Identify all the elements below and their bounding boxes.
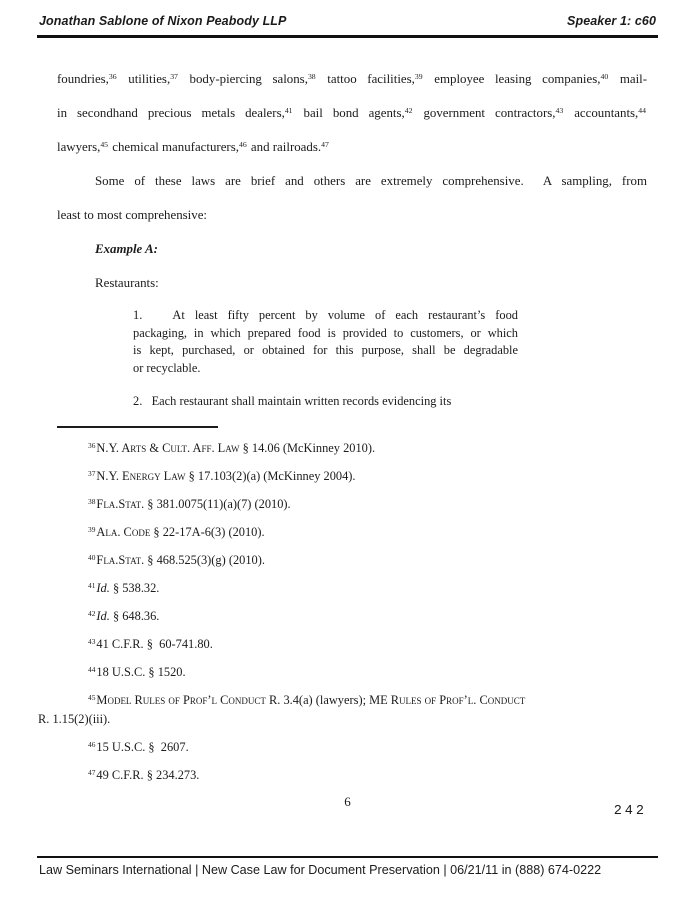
text-line: foundries,36 utilities,37 body-piercing …	[57, 62, 647, 96]
text-segment: Model Rules of Prof’l Conduct	[96, 693, 265, 707]
footnote-ref: 47	[321, 140, 329, 149]
text-segment: § 14.06 (McKinney 2010).	[240, 441, 376, 455]
footnote-number: 46	[88, 740, 95, 749]
text-segment: utilities,	[118, 72, 171, 86]
footnote-40: 40Fla.Stat. § 468.525(3)(g) (2010).	[38, 551, 647, 570]
footnote-line: 41Id. § 538.32.	[38, 579, 647, 598]
footnote-43: 4341 C.F.R. § 60-741.80.	[38, 635, 647, 654]
footnote-line: 36N.Y. Arts & Cult. Aff. Law § 14.06 (Mc…	[38, 439, 647, 458]
example-a-heading: Example A:	[95, 232, 695, 266]
text-segment: least to most comprehensive:	[57, 208, 207, 222]
list-item-1: 1. At least fifty percent by volume of e…	[133, 307, 518, 377]
text-line: is kept, purchased, or obtained for this…	[133, 342, 518, 360]
text-segment: 2. Each restaurant shall maintain writte…	[133, 394, 451, 408]
text-segment: government contractors,	[413, 106, 555, 120]
text-line: packaging, in which prepared food is pro…	[133, 325, 518, 343]
text-line: lawyers,45 chemical manufacturers,46 and…	[57, 130, 647, 164]
text-segment: N.Y. Energy Law	[96, 469, 185, 483]
text-segment: body-piercing salons,	[179, 72, 308, 86]
header-author: Jonathan Sablone of Nixon Peabody LLP	[39, 14, 286, 28]
footer-text: Law Seminars International | New Case La…	[39, 863, 601, 877]
text-segment: or recyclable.	[133, 361, 200, 375]
page-header: Jonathan Sablone of Nixon Peabody LLP Sp…	[37, 14, 658, 38]
text-segment: accountants,	[564, 106, 638, 120]
text-segment: 41 C.F.R. § 60-741.80.	[96, 637, 212, 651]
footnote-number: 41	[88, 581, 95, 590]
text-segment: chemical manufacturers,	[109, 140, 239, 154]
document-page: Jonathan Sablone of Nixon Peabody LLP Sp…	[0, 0, 695, 900]
footnote-number: 36	[88, 441, 95, 450]
text-segment: § 381.0075(11)(a)(7) (2010).	[144, 497, 290, 511]
footnote-line: 42Id. § 648.36.	[38, 607, 647, 626]
footnote-ref: 40	[600, 72, 608, 81]
text-segment: Fla.Stat.	[96, 553, 144, 567]
footnote-number: 43	[88, 637, 95, 646]
text-segment: in secondhand precious metals dealers,	[57, 106, 285, 120]
text-line: Some of these laws are brief and others …	[57, 164, 647, 198]
footnote-ref: 44	[638, 106, 646, 115]
bates-stamp: 242	[614, 804, 647, 819]
footnote-37: 37N.Y. Energy Law § 17.103(2)(a) (McKinn…	[38, 467, 647, 486]
text-segment: § 22-17A-6(3) (2010).	[150, 525, 264, 539]
text-segment: Some of these laws are brief and others …	[95, 174, 647, 188]
text-segment: is kept, purchased, or obtained for this…	[133, 343, 518, 357]
footnote-line: 39Ala. Code § 22-17A-6(3) (2010).	[38, 523, 647, 542]
footnote-36: 36N.Y. Arts & Cult. Aff. Law § 14.06 (Mc…	[38, 439, 647, 458]
text-segment: Ala. Code	[96, 525, 150, 539]
text-segment: § 648.36.	[110, 609, 160, 623]
text-segment: Id.	[96, 581, 109, 595]
footnote-44: 4418 U.S.C. § 1520.	[38, 663, 647, 682]
text-segment: § 17.103(2)(a) (McKinney 2004).	[186, 469, 356, 483]
footnote-separator	[57, 426, 218, 428]
footnote-ref: 38	[308, 72, 316, 81]
text-segment: Rules of Prof’l. Conduct	[391, 693, 525, 707]
page-number: 6	[0, 794, 695, 810]
footnote-number: 37	[88, 469, 95, 478]
text-segment: bail bond agents,	[294, 106, 405, 120]
text-line: 1. At least fifty percent by volume of e…	[133, 307, 518, 325]
text-segment: R. 1.15(2)(iii).	[38, 712, 110, 726]
footnote-line: 37N.Y. Energy Law § 17.103(2)(a) (McKinn…	[38, 467, 647, 486]
text-line: in secondhand precious metals dealers,41…	[57, 96, 647, 130]
page-footer: Law Seminars International | New Case La…	[37, 856, 658, 877]
footnote-number: 38	[88, 497, 95, 506]
text-segment: lawyers,	[57, 140, 100, 154]
footnote-line: 45Model Rules of Prof’l Conduct R. 3.4(a…	[38, 691, 647, 710]
text-line: or recyclable.	[133, 360, 518, 378]
footnote-number: 40	[88, 553, 95, 562]
footnote-41: 41Id. § 538.32.	[38, 579, 647, 598]
footnote-42: 42Id. § 648.36.	[38, 607, 647, 626]
footnote-ref: 45	[100, 140, 108, 149]
footnote-line: 4749 C.F.R. § 234.273.	[38, 766, 647, 785]
footnote-number: 42	[88, 609, 95, 618]
footnote-number: 44	[88, 665, 95, 674]
text-segment: 18 U.S.C. § 1520.	[96, 665, 185, 679]
list-item-2: 2. Each restaurant shall maintain writte…	[133, 393, 518, 411]
footnote-45: 45Model Rules of Prof’l Conduct R. 3.4(a…	[38, 691, 647, 729]
text-segment: mail-	[609, 72, 647, 86]
text-segment: tattoo facilities,	[317, 72, 415, 86]
footnote-47: 4749 C.F.R. § 234.273.	[38, 766, 647, 785]
text-segment: 1. At least fifty percent by volume of e…	[133, 308, 518, 322]
footnotes-section: 36N.Y. Arts & Cult. Aff. Law § 14.06 (Mc…	[38, 439, 647, 785]
restaurants-label: Restaurants:	[95, 266, 695, 300]
footnote-number: 45	[88, 693, 95, 702]
footnote-ref: 43	[555, 106, 563, 115]
footnote-line: 38Fla.Stat. § 381.0075(11)(a)(7) (2010).	[38, 495, 647, 514]
footnote-line: 4418 U.S.C. § 1520.	[38, 663, 647, 682]
text-segment: § 468.525(3)(g) (2010).	[144, 553, 265, 567]
text-segment: § 538.32.	[110, 581, 160, 595]
text-segment: N.Y. Arts & Cult. Aff. Law	[96, 441, 239, 455]
text-segment: and railroads.	[248, 140, 321, 154]
footnote-line: R. 1.15(2)(iii).	[38, 710, 647, 729]
footnote-line: 4615 U.S.C. § 2607.	[38, 738, 647, 757]
footnote-ref: 37	[170, 72, 178, 81]
footnote-ref: 36	[109, 72, 117, 81]
text-segment: employee leasing companies,	[424, 72, 601, 86]
paragraph-sampling: Some of these laws are brief and others …	[57, 164, 647, 232]
text-segment: 15 U.S.C. § 2607.	[96, 740, 188, 754]
text-segment: foundries,	[57, 72, 109, 86]
text-line: 2. Each restaurant shall maintain writte…	[133, 393, 518, 411]
footnote-number: 39	[88, 525, 95, 534]
footnote-46: 4615 U.S.C. § 2607.	[38, 738, 647, 757]
text-segment: R. 3.4(a) (lawyers); ME	[266, 693, 391, 707]
text-segment: 49 C.F.R. § 234.273.	[96, 768, 199, 782]
text-segment: Fla.Stat.	[96, 497, 144, 511]
paragraph-regulated-businesses: foundries,36 utilities,37 body-piercing …	[57, 62, 647, 164]
footnote-39: 39Ala. Code § 22-17A-6(3) (2010).	[38, 523, 647, 542]
footnote-line: 40Fla.Stat. § 468.525(3)(g) (2010).	[38, 551, 647, 570]
text-segment: packaging, in which prepared food is pro…	[133, 326, 518, 340]
page-content: foundries,36 utilities,37 body-piercing …	[0, 62, 695, 810]
text-segment: Id.	[96, 609, 109, 623]
footnote-ref: 46	[239, 140, 247, 149]
footnote-38: 38Fla.Stat. § 381.0075(11)(a)(7) (2010).	[38, 495, 647, 514]
header-speaker-tag: Speaker 1: c60	[567, 14, 656, 28]
footnote-ref: 42	[405, 106, 413, 115]
footnote-ref: 41	[285, 106, 293, 115]
footnote-line: 4341 C.F.R. § 60-741.80.	[38, 635, 647, 654]
footnote-ref: 39	[415, 72, 423, 81]
text-line: least to most comprehensive:	[57, 198, 647, 232]
footnote-number: 47	[88, 768, 95, 777]
